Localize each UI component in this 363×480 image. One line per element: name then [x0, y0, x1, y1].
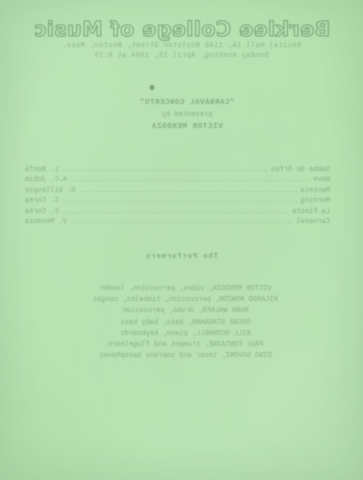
program-list: Samba de Orfeu L. Bonfa Wave A.C. Jobim …	[25, 166, 330, 228]
program-row: Morning C. Corea	[25, 197, 330, 207]
dot-leader	[71, 180, 309, 181]
performer-line: PAUL FONTAINE, trumpet and flugelhorn	[8, 340, 363, 351]
program-row: Carnaval V. Mendoza	[25, 218, 330, 228]
piece-title: Manteca	[301, 187, 330, 195]
composer-name: C. Corea	[25, 197, 59, 205]
program-row: La Fiesta C. Corea	[25, 208, 330, 218]
dot-leader	[63, 170, 268, 171]
berklee-logo: Berklee College of Music	[0, 10, 363, 46]
piece-title: La Fiesta	[292, 208, 330, 216]
presented-by-label: presented by	[11, 111, 363, 119]
ink-speck-mark	[150, 85, 154, 90]
performers-heading: The Performers	[0, 253, 363, 261]
program-row: Manteca D. Gillespie	[25, 187, 330, 197]
composer-name: C. Corea	[25, 208, 59, 216]
performer-line: VICTOR MENDOZA, vibes, percussion, leade…	[8, 284, 363, 295]
dot-leader	[63, 201, 297, 202]
logo-text: Berklee College of Music	[34, 17, 331, 41]
performer-line: DINO GOVONI, tenor and soprano saxophone…	[8, 351, 363, 362]
performer-line: RICARDO MONZON, percussion, timbales, co…	[8, 295, 363, 306]
presenter-name: VICTOR MENDOZA	[11, 123, 363, 131]
address-line-1: Recital Hall 1A, 1140 Boylston Street, B…	[0, 42, 363, 50]
address-line-2: Sunday evening, April 15, 1984 at 8:15	[0, 52, 363, 60]
dot-leader	[63, 212, 289, 213]
performer-line: BILL OCONNELL, piano, keyboards	[8, 329, 363, 340]
title-block: "CARNAVAL CONCERTO" presented by VICTOR …	[11, 99, 363, 131]
mirrored-bleedthrough-layer: Berklee College of Music Recital Hall 1A…	[0, 0, 363, 480]
composer-name: V. Mendoza	[25, 218, 67, 226]
piece-title: Samba de Orfeu	[271, 166, 330, 174]
piece-title: Carnaval	[296, 218, 330, 226]
dot-leader	[79, 191, 296, 192]
scanned-program-page: Berklee College of Music Recital Hall 1A…	[0, 0, 363, 480]
concert-title: "CARNAVAL CONCERTO"	[11, 99, 363, 107]
program-row: Wave A.C. Jobim	[25, 176, 330, 186]
piece-title: Wave	[313, 176, 330, 184]
composer-name: L. Bonfa	[25, 166, 59, 174]
performer-line: OSCAR STAGNARO, bass, baby bass	[8, 318, 363, 329]
program-row: Samba de Orfeu L. Bonfa	[25, 166, 330, 176]
piece-title: Morning	[301, 197, 330, 205]
composer-name: D. Gillespie	[25, 187, 75, 195]
composer-name: A.C. Jobim	[25, 176, 67, 184]
performer-line: MARK WALKER, drums, percussion	[8, 306, 363, 317]
dot-leader	[71, 222, 292, 223]
performers-list: VICTOR MENDOZA, vibes, percussion, leade…	[8, 284, 363, 362]
